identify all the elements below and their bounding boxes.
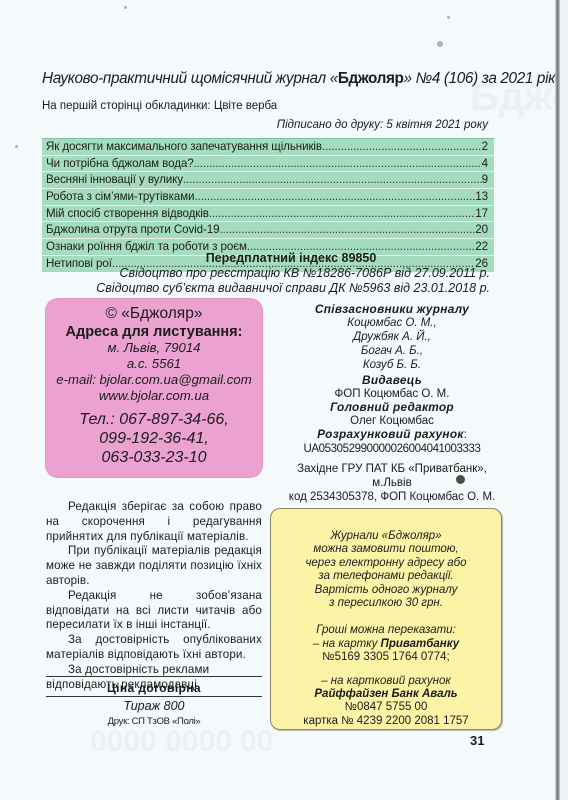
page-number: 31 [470, 733, 484, 748]
title-prefix: Науково-практичний щомісячний журнал « [42, 70, 338, 87]
founders-heading: Співзасновники журналу [272, 302, 512, 316]
journal-title: Науково-практичний щомісячний журнал «Бд… [42, 70, 522, 88]
toc-page: 17 [475, 206, 488, 222]
registration-certificate: Свідоцтво про реєстрацію КВ №18286-7086Р… [120, 266, 490, 280]
card1-number: №5169 3305 1764 0774; [271, 651, 501, 664]
founder: Богач А. Б., [272, 344, 512, 358]
toc-leader [322, 139, 482, 155]
imprint-editor: Головний редактор Олег Коцюмбас [272, 400, 512, 428]
order-info: Журнали «Бджоляр» можна замовити поштою,… [271, 530, 501, 610]
toc-page: 9 [482, 172, 488, 188]
toc-title: Бджолина отрута проти Covid-19 [46, 222, 219, 238]
phone-number[interactable]: 063-033-23-10 [46, 448, 262, 467]
print-speck [437, 41, 443, 47]
publisher-heading: Видавець [272, 373, 512, 387]
order-line: за телефонами редакції. [271, 570, 501, 583]
imprint-publisher: Видавець ФОП Коцюмбас О. М. [272, 373, 512, 401]
contact-box: © «Бджоляр» Адреса для листування: м. Ль… [46, 299, 262, 477]
subscription-index: Передплатний індекс 89850 [0, 251, 568, 265]
toc-item[interactable]: Робота з сім’ями-трутівками13 [42, 189, 494, 206]
address-heading: Адреса для листування: [46, 324, 262, 340]
po-box: а.с. 5561 [46, 356, 262, 372]
card2-bank: Райффайзен Банк Аваль [271, 688, 501, 701]
toc-leader [194, 156, 482, 172]
price-label: Ціна договірна [46, 681, 262, 695]
signed-for-print: Підписано до друку: 5 квітня 2021 року [277, 119, 488, 131]
toc-item[interactable]: Бджолина отрута проти Covid-1920 [42, 222, 494, 239]
journal-brand: Бджоляр [338, 70, 404, 87]
bank-city: м.Львів [272, 476, 512, 490]
transfer-heading: Гроші можна переказати: [271, 624, 501, 637]
order-box: Журнали «Бджоляр» можна замовити поштою,… [270, 508, 502, 730]
page-margin [560, 0, 568, 800]
address-city: м. Львів, 79014 [46, 340, 262, 356]
print-speck [15, 145, 18, 148]
founder: Коцюмбас О. М., [272, 316, 512, 330]
editor-name: Олег Коцюмбас [272, 414, 512, 428]
email-link[interactable]: e-mail: bjolar.com.ua@gmail.com [46, 372, 262, 388]
toc-title: Весняні інновації у вулику [46, 172, 183, 188]
cover-note: На першій сторінці обкладинки: Цвіте вер… [42, 100, 277, 112]
rule-paragraph: Редакція зберігає за собою право на скор… [46, 500, 262, 544]
rule-paragraph: Редакція не зобов’язана відповідати на в… [46, 589, 262, 633]
order-line: через електронну адресу або [271, 557, 501, 570]
phone-number[interactable]: 099-192-36-41, [46, 429, 262, 448]
card1-prefix: – на картку [313, 638, 381, 650]
editor-heading: Головний редактор [272, 400, 512, 414]
toc-leader [209, 206, 476, 222]
toc-title: Чи потрібна бджолам вода? [46, 156, 194, 172]
bleed-through-text: 0000 0000 00 [90, 725, 274, 759]
rule-paragraph: При публікації матеріалів редакція може … [46, 544, 262, 588]
toc-page: 20 [475, 222, 488, 238]
bank-code: код 2534305378, ФОП Коцюмбас О. М. [272, 490, 512, 504]
print-speck [124, 6, 127, 9]
card1-bank: Приватбанку [381, 638, 460, 650]
account-number: UA053052990000026004041003333 [272, 442, 512, 456]
toc-item[interactable]: Як досягти максимального запечатування щ… [42, 139, 494, 156]
printer: Друк: СП ТзОВ «Полі» [46, 716, 262, 727]
divider [46, 696, 262, 697]
bank-name: Західне ГРУ ПАТ КБ «Приватбанк», [272, 462, 512, 476]
rule-paragraph: За достовірність опублікованих матеріалі… [46, 633, 262, 663]
toc-item[interactable]: Мій спосіб створення відводків17 [42, 206, 494, 223]
website-link[interactable]: www.bjolar.com.ua [46, 388, 262, 404]
card2-account: №0847 5755 00 [271, 701, 501, 714]
order-line: Вартість одного журналу [271, 584, 501, 597]
imprint-bank: Західне ГРУ ПАТ КБ «Приватбанк», м.Львів… [272, 462, 512, 504]
publisher-certificate: Свідоцтво суб’єкта видавничої справи ДК … [96, 281, 490, 295]
toc-leader [183, 172, 482, 188]
founder: Козуб Б. Б. [272, 358, 512, 372]
toc-leader [194, 189, 475, 205]
toc-page: 2 [482, 139, 488, 155]
toc-leader [219, 222, 475, 238]
toc-item[interactable]: Весняні інновації у вулику9 [42, 172, 494, 189]
order-line: з пересилкою 30 грн. [271, 597, 501, 610]
toc-title: Робота з сім’ями-трутівками [46, 189, 194, 205]
toc-page: 13 [475, 189, 488, 205]
account-colon: : [464, 429, 467, 441]
copyright: © «Бджоляр» [46, 305, 262, 323]
issue-number: » №4 (106) за 2021 рік [404, 70, 555, 87]
editorial-rules: Редакція зберігає за собою право на скор… [46, 500, 262, 692]
divider [46, 676, 262, 677]
circulation: Тираж 800 [46, 699, 262, 713]
toc-title: Як досягти максимального запечатування щ… [46, 139, 322, 155]
print-speck [447, 16, 450, 19]
order-line: Журнали «Бджоляр» [271, 530, 501, 543]
phone-number[interactable]: Тел.: 067-897-34-66, [46, 410, 262, 429]
order-line: можна замовити поштою, [271, 543, 501, 556]
imprint-account: Розрахунковий рахунок: UA053052990000026… [272, 427, 512, 456]
phone-list: Тел.: 067-897-34-66, 099-192-36-41, 063-… [46, 410, 262, 467]
toc-item[interactable]: Чи потрібна бджолам вода?4 [42, 156, 494, 173]
card2-prefix: – на картковий рахунок [271, 675, 501, 688]
payment-info-2: – на картковий рахунок Райффайзен Банк А… [271, 675, 501, 729]
payment-info: Гроші можна переказати: – на картку Прив… [271, 624, 501, 664]
card2-number: картка № 4239 2200 2081 1757 [271, 715, 501, 728]
publisher-name: ФОП Коцюмбас О. М. [272, 387, 512, 401]
founder: Дружбяк А. Й., [272, 330, 512, 344]
account-heading: Розрахунковий рахунок [317, 427, 463, 441]
imprint-founders: Співзасновники журналу Коцюмбас О. М., Д… [272, 302, 512, 372]
toc-title: Мій спосіб створення відводків [46, 206, 209, 222]
toc-page: 4 [482, 156, 488, 172]
